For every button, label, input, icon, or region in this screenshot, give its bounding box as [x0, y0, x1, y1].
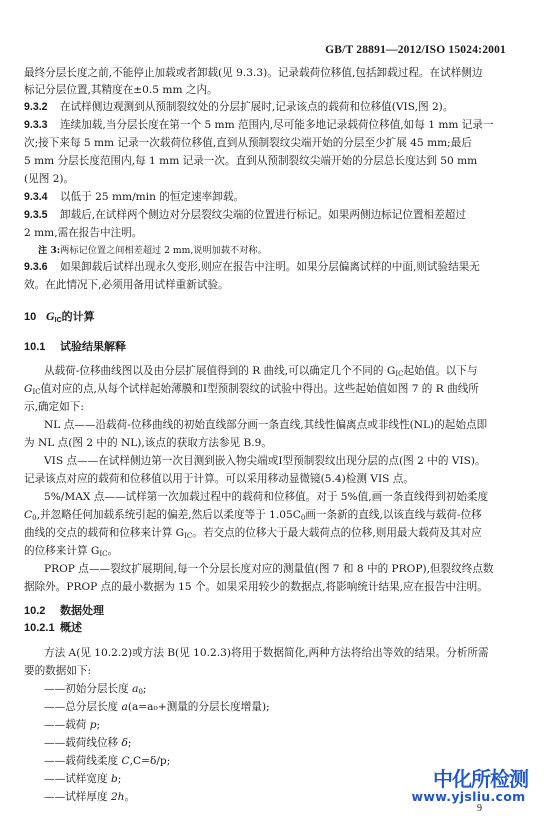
document-page: GB/T 28891—2012/ISO 15024:2001 最终分层长度之前,…: [0, 0, 544, 830]
text: ,并忽略任何加载系统引起的偏差,然后以柔度等于 1.05C: [37, 509, 301, 521]
paragraph-line: 方法 A(见 10.2.2)或方法 B(见 10.2.3)将用于数据简化,两种方…: [44, 646, 489, 660]
section-number: 10: [24, 310, 46, 324]
text: 画一条新的直线,以该直线与载荷-位移: [305, 509, 481, 521]
clause-text-cont: 5 mm 分层长度范围内,每 1 mm 记录一次。直到从预制裂纹尖端开始的分层总…: [24, 154, 477, 168]
clause-number: 9.3.6: [24, 260, 60, 274]
clause-number: 9.3.5: [24, 208, 60, 222]
clause-9-3-5: 9.3.5卸载后,在试样两个侧边对分层裂纹尖端的位置进行标记。如果两侧边标记位置…: [24, 208, 466, 222]
note-3: 注 3:两标记位置之间相差超过 2 mm,说明加载不对称。: [38, 244, 267, 258]
clause-text: 如果卸载后试样出现永久变形,则应在报告中注明。如果分层偏离试样的中面,则试验结果…: [60, 261, 480, 273]
text: 值对应的点,从每个试样起始薄膜和Ⅰ型预制裂纹的试验中得出。这些起始值如图 7 的…: [41, 383, 479, 395]
clause-text: 以低于 25 mm/min 的恒定速率卸载。: [60, 191, 244, 203]
symbol-subscript: IC: [55, 317, 62, 324]
clause-text-cont: 2 mm,需在报告中注明。: [24, 226, 142, 240]
text: 。若交点的位移大于最大载荷点的位移,则用最大载荷及其对应: [192, 527, 481, 539]
max-point-line: 的位移来计算 GIC。: [24, 544, 118, 561]
section-number: 10.1: [24, 340, 60, 354]
section-number: 10.2.1: [24, 621, 60, 635]
symbol-g: G: [46, 309, 55, 323]
section-number: 10.2: [24, 604, 60, 618]
page-number: 9: [477, 803, 482, 814]
vis-point-line: VIS 点——在试样侧边第一次目测到嵌入物尖端或Ⅰ型预制裂纹出现分层的点(图 2…: [44, 454, 486, 468]
max-point-line: 曲线的交点的载荷和位移来计算 GIC。若交点的位移大于最大载荷点的位移,则用最大…: [24, 526, 482, 543]
section-10-2-heading: 10.2数据处理: [24, 604, 104, 618]
list-item: ——载荷线位移 δ;: [44, 736, 132, 750]
clause-9-3-3: 9.3.3连续加载,当分层长度在第一个 5 mm 范围内,尽可能多地记录载荷位移…: [24, 118, 494, 132]
clause-9-3-4: 9.3.4以低于 25 mm/min 的恒定速率卸载。: [24, 190, 244, 204]
standard-header: GB/T 28891—2012/ISO 15024:2001: [325, 44, 506, 56]
section-title: 数据处理: [60, 605, 104, 617]
paragraph-line: 最终分层长度之前,不能停止加载或者卸载(见 9.3.3)。记录载荷位移值,包括卸…: [24, 66, 482, 80]
paragraph-line: GIC值对应的点,从每个试样起始薄膜和Ⅰ型预制裂纹的试验中得出。这些起始值如图 …: [24, 382, 479, 399]
nl-point-line: 为 NL 点(图 2 中的 NL),该点的获取方法参见 B.9。: [24, 436, 272, 450]
note-text: 两标记位置之间相差超过 2 mm,说明加载不对称。: [60, 245, 267, 256]
watermark-cn: 中化所检测: [433, 768, 528, 790]
text: 起始值。以下与: [403, 365, 477, 377]
clause-text: 在试样侧边观测到从预制裂纹处的分层扩展时,记录该点的载荷和位移值(VIS,图 2…: [60, 101, 453, 113]
text: 曲线的交点的载荷和位移来计算 G: [24, 527, 184, 539]
nl-point-line: NL 点——沿载荷-位移曲线的初始直线部分画一条直线,其线性偏离点或非线性(NL…: [44, 418, 487, 432]
paragraph-line: 从载荷-位移曲线图以及由分层扩展值得到的 R 曲线,可以确定几个不同的 GIC起…: [44, 364, 478, 381]
note-label: 注 3:: [38, 245, 60, 256]
clause-text: 卸载后,在试样两个侧边对分层裂纹尖端的位置进行标记。如果两侧边标记位置相差超过: [60, 209, 466, 221]
clause-text-cont: (见图 2)。: [24, 172, 74, 186]
clause-9-3-2: 9.3.2在试样侧边观测到从预制裂纹处的分层扩展时,记录该点的载荷和位移值(VI…: [24, 100, 453, 114]
vis-point-line: 记录该点对应的载荷和位移值以用于计算。可以采用移动显微镜(5.4)检测 VIS …: [24, 472, 414, 486]
section-title: 试验结果解释: [60, 341, 126, 353]
clause-text: 连续加载,当分层长度在第一个 5 mm 范围内,尽可能多地记录载荷位移值,如每 …: [60, 119, 494, 131]
section-10-1-heading: 10.1试验结果解释: [24, 340, 126, 354]
clause-text-cont: 次;接下来每 5 mm 记录一次载荷位移值,直到从预制裂纹尖端开始的分层至少扩展…: [24, 136, 472, 150]
section-10-2-1-heading: 10.2.1概述: [24, 621, 82, 635]
clause-number: 9.3.3: [24, 118, 60, 132]
subscript: IC: [99, 550, 107, 558]
text: 。: [108, 545, 119, 557]
text: 的位移来计算 G: [24, 545, 99, 557]
symbol: C: [24, 509, 32, 521]
list-item: ——试样宽度 b;: [44, 772, 121, 786]
clause-9-3-6: 9.3.6如果卸载后试样出现永久变形,则应在报告中注明。如果分层偏离试样的中面,…: [24, 260, 480, 274]
watermark-url: www.yjsliu.com: [409, 790, 528, 804]
paragraph-line: 标记分层位置,其精度在±0.5 mm 之内。: [24, 83, 218, 97]
section-title: 概述: [60, 622, 82, 634]
clause-text-cont: 效。在此情况下,必须用备用试样重新试验。: [24, 278, 229, 292]
list-item: ——总分层长度 a(a=a₀+测量的分层长度增量);: [44, 700, 270, 714]
watermark: 中化所检测 www.yjsliu.com: [433, 768, 528, 804]
paragraph-line: 要的数据如下:: [24, 664, 91, 678]
list-item: ——初始分层长度 a0;: [44, 682, 147, 699]
list-item: ——载荷 p;: [44, 718, 100, 732]
prop-point-line: 据除外。PROP 点的最小数据为 15 个。如果采用较少的数据点,将影响统计结果…: [24, 580, 488, 594]
clause-number: 9.3.2: [24, 100, 60, 114]
max-point-line: C0,并忽略任何加载系统引起的偏差,然后以柔度等于 1.05C0画一条新的直线,…: [24, 508, 482, 525]
section-10-heading: 10GIC的计算: [24, 309, 95, 328]
list-item: ——载荷线柔度 C,C=δ/p;: [44, 754, 170, 768]
list-item: ——试样厚度 2h。: [44, 790, 135, 804]
max-point-line: 5%/MAX 点——试样第一次加载过程中的载荷和位移值。对于 5%值,画一条直线…: [44, 490, 488, 504]
clause-number: 9.3.4: [24, 190, 60, 204]
text: 从载荷-位移曲线图以及由分层扩展值得到的 R 曲线,可以确定几个不同的 G: [44, 365, 395, 377]
paragraph-line: 示,确定如下:: [24, 400, 84, 414]
section-title: 的计算: [62, 311, 95, 323]
subscript: IC: [32, 388, 40, 396]
prop-point-line: PROP 点——裂纹扩展期间,每一个分层长度对应的测量值(图 7 和 8 中的 …: [44, 562, 494, 576]
